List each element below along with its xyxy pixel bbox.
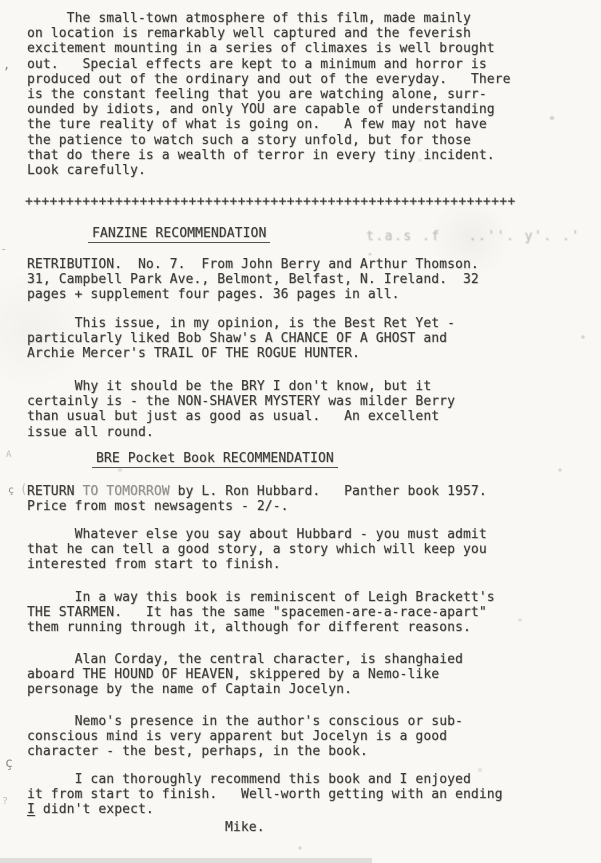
paragraph-book-info: RETURN TO TOMORROW by L. Ron Hubbard. Pa… <box>27 484 587 514</box>
paragraph-best-ret-yet: This issue, in my opinion, is the Best R… <box>27 316 587 362</box>
book-title-faded: TO TOMORROW <box>83 484 170 499</box>
margin-mark-question: ? <box>2 794 8 809</box>
bre-pocket-book-heading: BRE Pocket Book RECOMMENDATION <box>92 451 338 468</box>
closing-text-start: I can thoroughly recommend this book and… <box>27 772 503 802</box>
margin-mark-small-a: A <box>6 448 11 463</box>
margin-mark-dash: - <box>0 242 7 257</box>
closing-underlined-i: I <box>27 802 35 817</box>
paragraph-non-shaver-mystery: Why it should be the BRY I don't know, b… <box>27 379 587 440</box>
signature-mike: Mike. <box>225 820 265 835</box>
margin-mark-comma: , <box>3 58 10 73</box>
paragraph-closing-recommendation: I can thoroughly recommend this book and… <box>27 772 597 818</box>
paragraph-nemo-presence: Nemo's presence in the author's consciou… <box>27 714 587 760</box>
scanned-page: The small-town atmosphere of this film, … <box>0 0 601 863</box>
paragraph-leigh-brackett: In a way this book is reminiscent of Lei… <box>27 590 587 636</box>
plus-divider: ++++++++++++++++++++++++++++++++++++++++… <box>25 194 516 209</box>
paragraph-retribution-info: RETRIBUTION. No. 7. From John Berry and … <box>27 257 587 303</box>
paragraph-alan-corday: Alan Corday, the central character, is s… <box>27 652 587 698</box>
faded-type-remnant: t.a.s .f ..''. y'. .' . <box>366 229 601 259</box>
margin-mark-paren: ( <box>20 482 27 497</box>
paragraph-whatever-else: Whatever else you say about Hubbard - yo… <box>27 527 587 573</box>
margin-mark-accent-left: ç <box>8 483 14 498</box>
paragraph-film-review-closing: The small-town atmosphere of this film, … <box>27 11 587 178</box>
closing-text-end: didn't expect. <box>35 802 154 817</box>
margin-mark-accent: ç <box>5 756 13 771</box>
scanner-edge-band <box>0 858 372 863</box>
fanzine-recommendation-heading: FANZINE RECOMMENDATION <box>88 226 270 243</box>
book-title-start: RETURN <box>27 484 83 499</box>
